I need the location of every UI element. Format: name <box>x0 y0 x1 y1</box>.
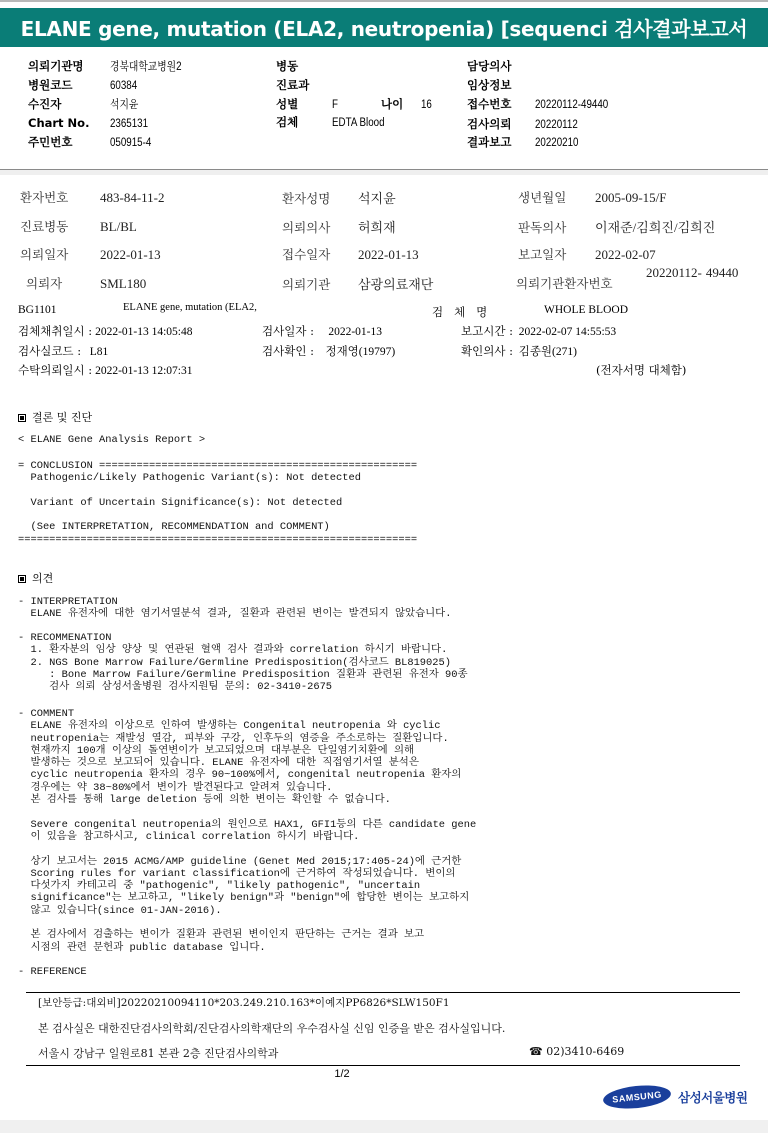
recommendation-block: - RECOMMENATION 1. 환자분의 임상 양상 및 연관된 혈액 검… <box>18 632 468 693</box>
header-field-department: 진료과 <box>276 77 332 93</box>
header-field-ward: 병동 <box>276 58 332 74</box>
footer-bottom-rule <box>26 1065 740 1066</box>
lab-code: 검사실코드 : L81 <box>18 343 108 359</box>
hospital-logo: SAMSUNG 삼성서울병원 <box>603 1086 747 1108</box>
header-field-receipt-no: 접수번호20220112-49440 <box>467 96 621 112</box>
header-field-sex: 성별F <box>276 96 339 112</box>
header-field-institution: 의뢰기관명경북대학교병원2 <box>28 58 194 74</box>
lab-address: 서울시 강남구 일원로81 본관 2층 진단검사의학과 <box>38 1045 278 1061</box>
security-stamp: [보안등급:대외비]20220210094110*203.249.210.163… <box>38 995 450 1010</box>
phone-icon: ☎ <box>529 1045 543 1058</box>
conclusion-heading: 결론 및 진단 <box>18 409 92 425</box>
reference-heading: - REFERENCE <box>18 966 87 978</box>
header-field-age: 나이16 <box>381 96 434 112</box>
patient-field-name: 환자성명석지윤 <box>282 188 396 207</box>
header-field-test-request: 검사의뢰20220112 <box>467 116 585 132</box>
test-confirmation: 검사확인 : 정재영(19797) <box>262 343 395 359</box>
page-bottom-gap <box>0 1120 768 1133</box>
opinion-heading: 의견 <box>18 570 53 586</box>
esign-note: (전자서명 대체함) <box>596 362 686 378</box>
report-title-bar: ELANE gene, mutation (ELA2, neutropenia)… <box>0 8 768 47</box>
patient-field-reading-doctor: 판독의사이재준/김희진/김희진 <box>518 217 715 236</box>
header-field-attending: 담당의사 <box>467 58 535 74</box>
patient-field-requesting-institution: 의뢰기관삼광의료재단 <box>282 274 433 293</box>
report-subtitle: < ELANE Gene Analysis Report > <box>18 434 205 446</box>
header-field-clinical-info: 임상정보 <box>467 77 535 93</box>
header-field-result-report: 결과보고20220210 <box>467 134 586 150</box>
window-top-border <box>0 0 768 2</box>
patient-field-receipt-date: 접수일자2022-01-13 <box>282 245 419 263</box>
specimen-label: 검 체 명 <box>432 304 487 320</box>
patient-field-number: 환자번호483-84-11-2 <box>20 188 165 206</box>
patient-field-birthdate: 생년월일2005-09-15/F <box>518 188 667 206</box>
header-field-hospital-code: 병원코드60384 <box>28 77 142 93</box>
page-number: 1/2 <box>0 1068 684 1080</box>
test-date: 검사일자 : 2022-01-13 <box>262 323 382 339</box>
patient-field-report-date: 보고일자2022-02-07 <box>518 245 656 263</box>
header-field-resident-no: 주민번호050915-4 <box>28 134 159 150</box>
outsource-request-datetime: 수탁의뢰일시 : 2022-01-13 12:07:31 <box>18 362 193 378</box>
patient-field-requester: 의뢰자SML180 <box>26 274 146 292</box>
page-gap <box>0 170 768 175</box>
square-bullet-icon <box>18 414 26 422</box>
certification-text: 본 검사실은 대한진단검사의학회/진단검사의학재단의 우수검사실 신임 인증을 … <box>38 1020 505 1036</box>
patient-field-institution-patient-no: 의뢰기관환자번호 <box>516 274 646 292</box>
conclusion-body: = CONCLUSION ===========================… <box>18 460 417 546</box>
specimen-value: WHOLE BLOOD <box>544 304 628 316</box>
footer-top-rule <box>26 992 740 993</box>
patient-field-request-date: 의뢰일자2022-01-13 <box>20 245 161 263</box>
interpretation-block: - INTERPRETATION ELANE 유전자에 대한 염기서열분석 결과… <box>18 596 451 621</box>
samsung-logo-icon: SAMSUNG <box>602 1083 672 1112</box>
lab-phone: ☎ 02)3410-6469 <box>529 1045 624 1058</box>
header-field-chart-no: Chart No.2365131 <box>28 116 155 130</box>
comment-block: - COMMENT ELANE 유전자의 이상으로 인하여 발생하는 Conge… <box>18 708 476 954</box>
patient-field-institution-patient-no-value: 20220112- 49440 <box>646 266 738 280</box>
confirming-doctor: 확인의사 : 김종원(271) <box>461 343 577 359</box>
report-title: ELANE gene, mutation (ELA2, neutropenia)… <box>21 13 748 42</box>
header-field-examinee: 수진자석지윤 <box>28 96 143 112</box>
header-field-specimen: 검체EDTA Blood <box>276 114 394 130</box>
collection-datetime: 검체채취일시 : 2022-01-13 14:05:48 <box>18 323 193 339</box>
hospital-name: 삼성서울병원 <box>678 1088 747 1106</box>
square-bullet-icon <box>18 575 26 583</box>
test-name: ELANE gene, mutation (ELA2, <box>123 302 257 313</box>
patient-field-ward: 진료병동BL/BL <box>20 217 137 235</box>
report-time: 보고시간 : 2022-02-07 14:55:53 <box>461 323 616 339</box>
test-code: BG1101 <box>18 304 57 316</box>
patient-field-referring-doctor: 의뢰의사허희재 <box>282 217 396 236</box>
